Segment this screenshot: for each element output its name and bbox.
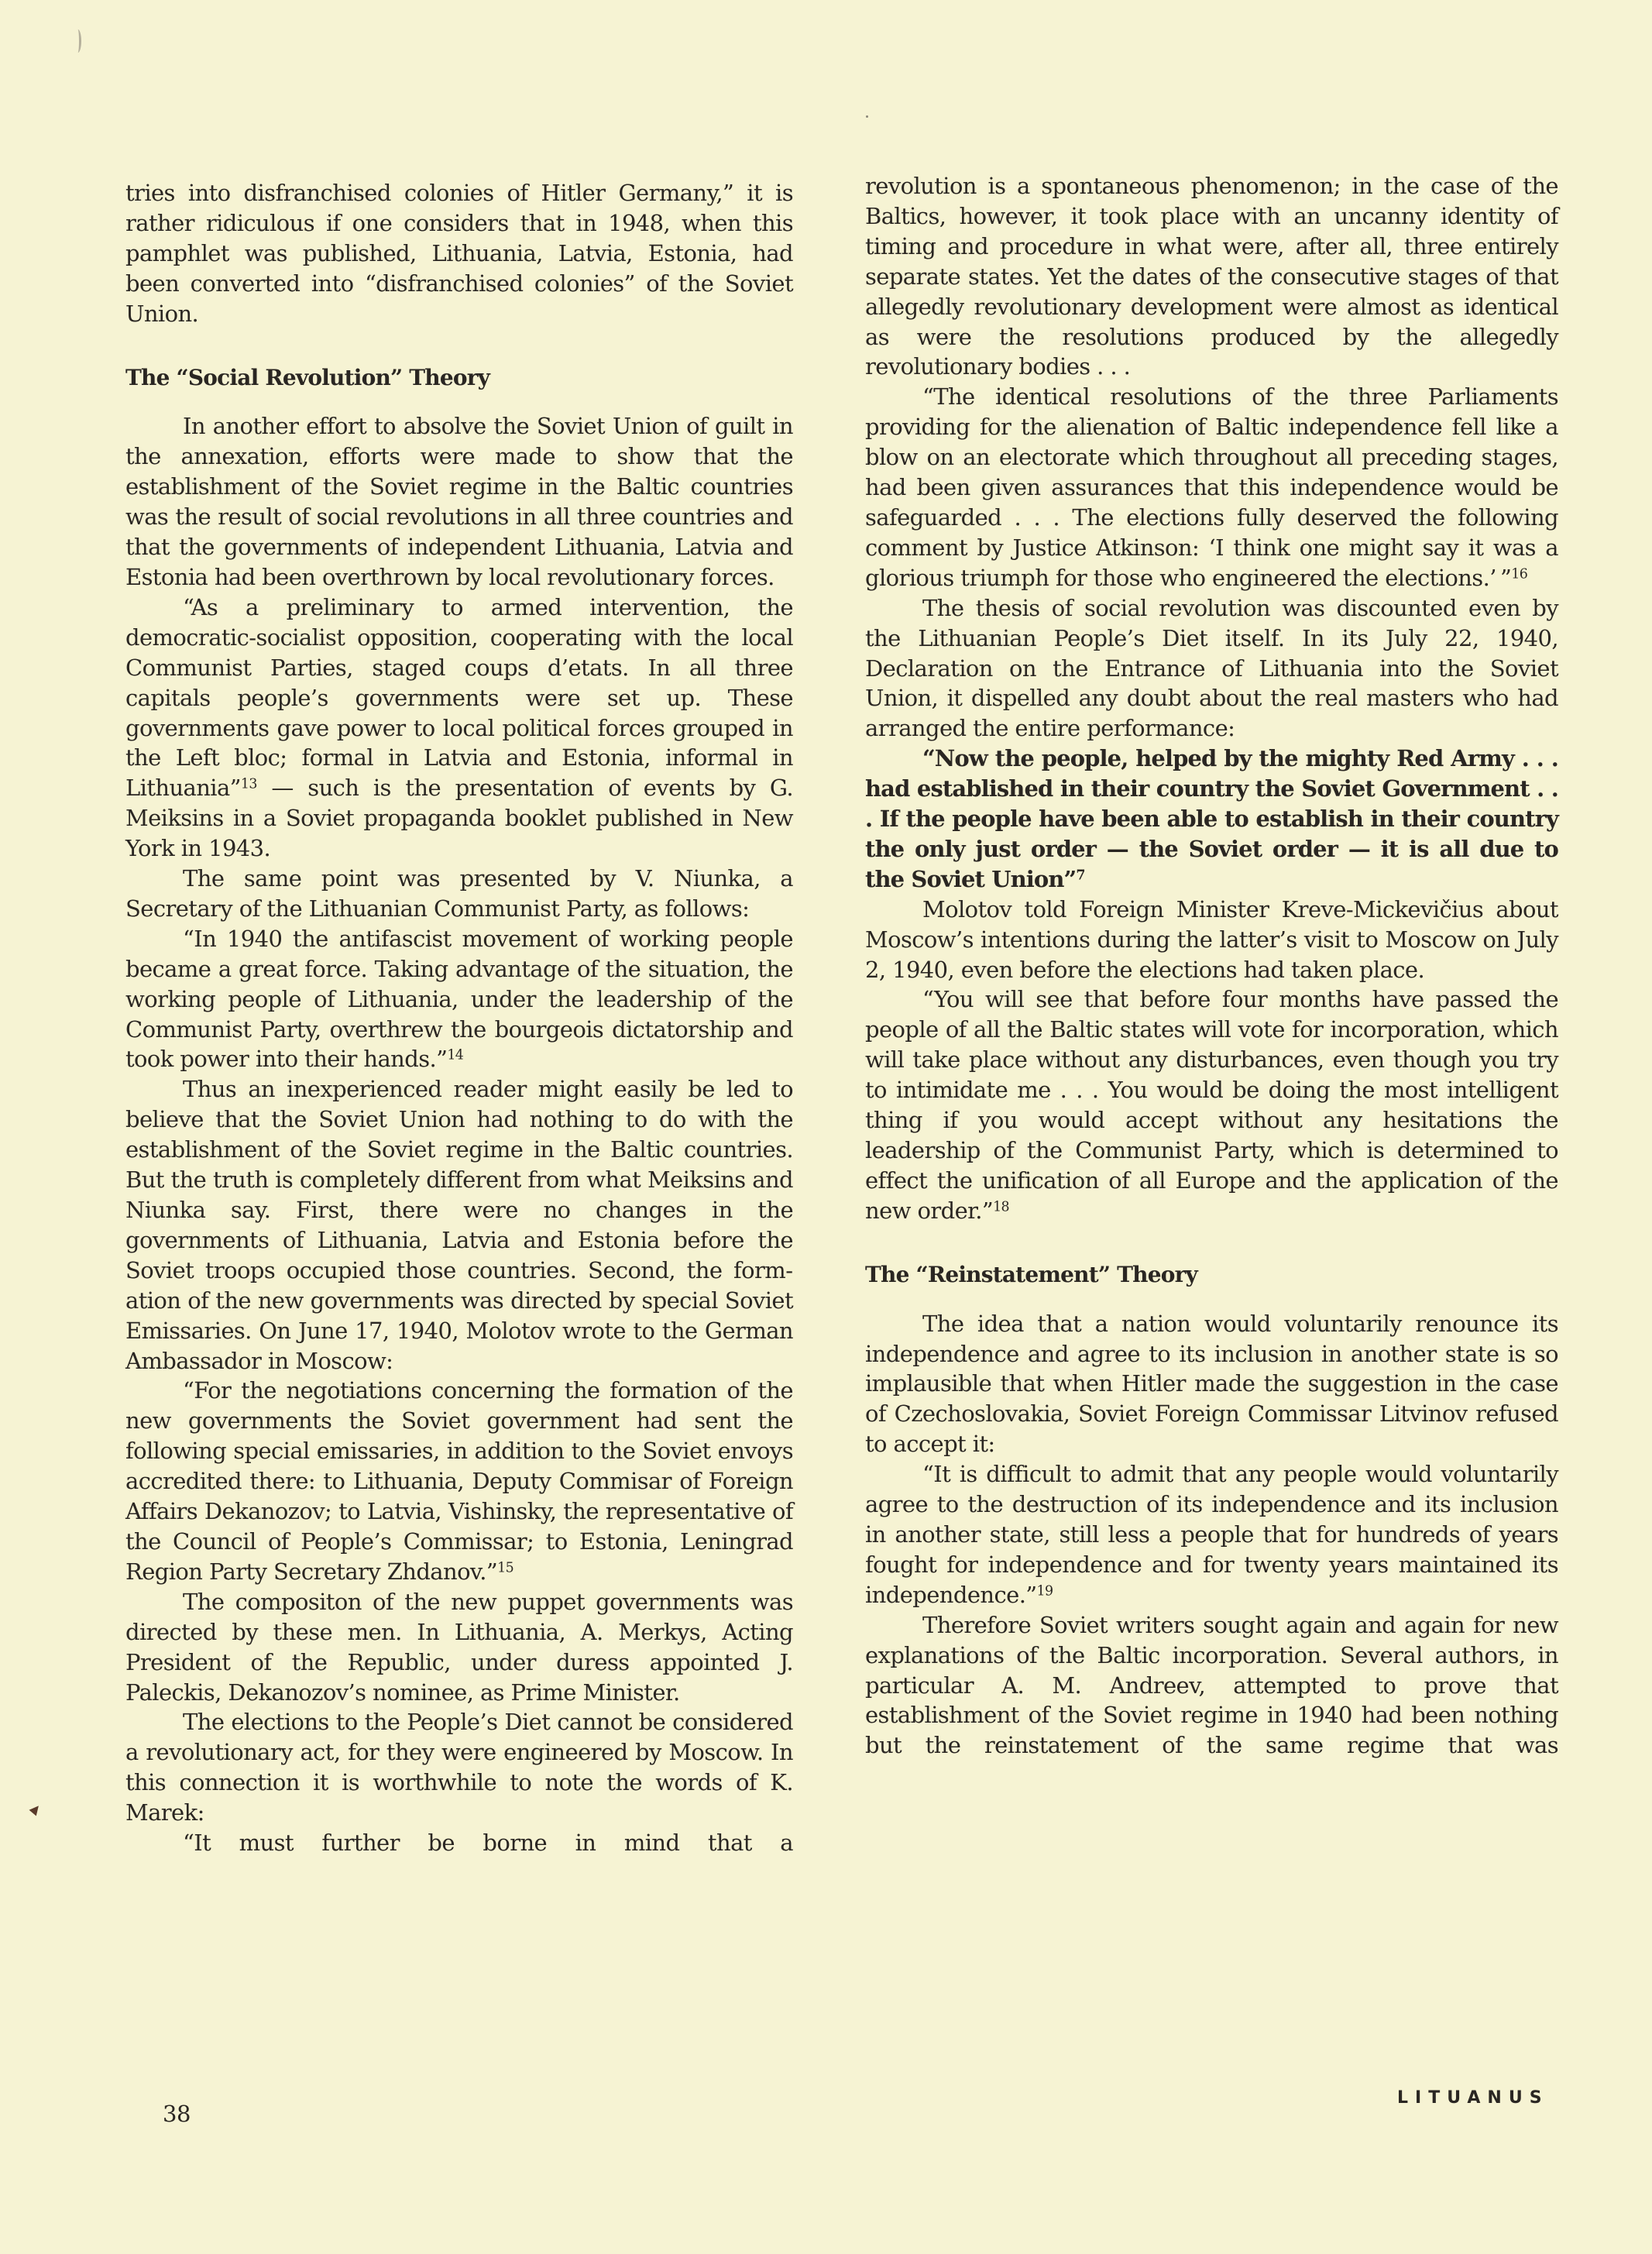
paragraph: revolution is a spontaneous phenomenon; … [865,171,1558,382]
paragraph: The idea that a nation would voluntarily… [865,1309,1558,1460]
quotation: “It must further be borne in mind that a [125,1828,793,1858]
journal-name: LITUANUS [1397,2088,1549,2108]
footnote-ref[interactable]: 13 [241,777,257,792]
quote-text: “Now the people, helped by the mighty Re… [865,745,1558,892]
quotation: “In 1940 the antifascist movement of wor… [125,924,793,1075]
footnote-ref[interactable]: 19 [1037,1583,1053,1599]
quote-text: “You will see that before four months ha… [865,986,1558,1223]
quote-text: “As a preliminary to armed intervention,… [125,594,793,801]
margin-mark [74,29,81,53]
quotation: “As a preliminary to armed intervention,… [125,593,793,864]
paragraph: In another effort to absolve the Soviet … [125,411,793,592]
paragraph: The same point was presented by V. Niunk… [125,864,793,924]
paragraph: The compositon of the new puppet govern­… [125,1587,793,1708]
quotation: “It is difficult to admit that any peopl… [865,1459,1558,1610]
paragraph: The elections to the People’s Diet canno… [125,1707,793,1828]
margin-dot [866,115,868,118]
footnote-ref[interactable]: 7 [1076,868,1084,883]
quote-text: “It is difficult to admit that any peopl… [865,1461,1558,1608]
quote-text: “The identical resolutions of the three … [865,383,1558,590]
quotation: “You will see that before four months ha… [865,984,1558,1225]
left-column: tries into disfranchised colonies of Hit… [125,178,793,1858]
paragraph: The thesis of social revolution was disc… [865,593,1558,744]
bold-quotation: “Now the people, helped by the mighty Re… [865,744,1558,895]
quote-text: “For the negotiations concerning the for… [125,1377,793,1584]
right-column: revolution is a spontaneous phenomenon; … [865,171,1558,1761]
section-heading-reinstatement: The “Reinstatement” Theory [865,1260,1558,1290]
page-number: 38 [163,2101,191,2127]
paragraph: Molotov told Foreign Minister Kreve-Mick… [865,895,1558,985]
section-heading-social-revolution: The “Social Revolution” Theory [125,363,793,393]
paragraph: tries into disfranchised colonies of Hit… [125,178,793,329]
paragraph: Thus an inexperienced reader might easil… [125,1074,793,1376]
quotation: “The identical resolutions of the three … [865,382,1558,593]
footnote-ref[interactable]: 16 [1511,566,1527,582]
footnote-ref[interactable]: 18 [993,1199,1009,1215]
paragraph: Therefore Soviet writers sought again an… [865,1610,1558,1761]
margin-arrow-mark [29,1803,43,1816]
quotation: “For the negotiations concerning the for… [125,1376,793,1586]
footnote-ref[interactable]: 14 [447,1048,463,1063]
footnote-ref[interactable]: 15 [497,1560,513,1575]
